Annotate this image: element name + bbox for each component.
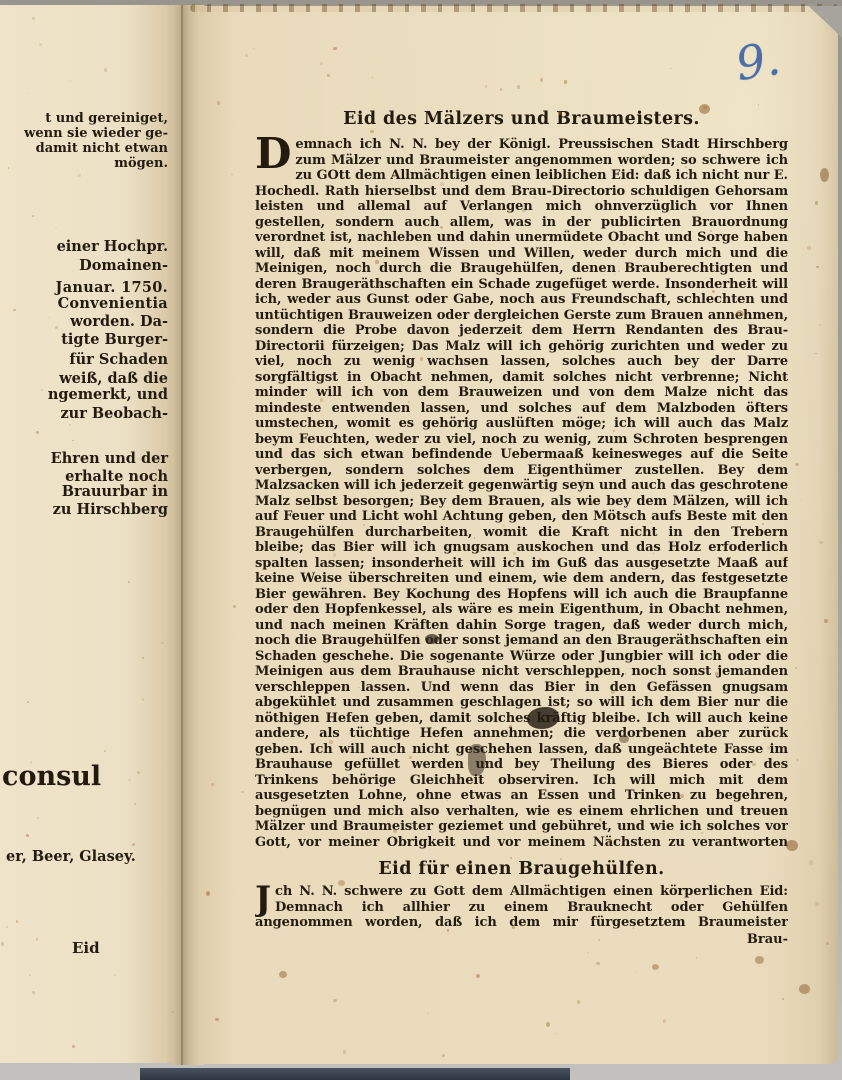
section-heading-maltster-oath: Eid des Mälzers und Braumeisters. — [255, 109, 788, 129]
fragment-line: worden. Da- — [0, 313, 168, 330]
catchword: Brau- — [747, 932, 788, 947]
fragment-line: mögen. — [0, 156, 168, 171]
fragment-line: Ehren und der — [0, 450, 168, 467]
fragment-line: ngemerkt, und — [0, 386, 168, 403]
previous-page-fragment: t und gereiniget, wenn sie wieder ge- da… — [0, 5, 180, 1063]
paragraph-text: emnach ich N. N. bey der Königl. Preussi… — [255, 137, 788, 851]
oath-paragraph-brewhand: Jch N. N. schwere zu Gott dem Allmächtig… — [255, 884, 788, 932]
fragment-line: tigte Burger- — [0, 331, 168, 348]
book-cover-edge — [140, 1068, 570, 1080]
fragment-line: Januar. 1750. — [0, 279, 168, 296]
main-page: 9. Eid des Mälzers und Braumeisters. Dem… — [198, 6, 838, 1064]
drop-cap-initial: J — [255, 884, 275, 913]
paragraph-text: ch N. N. schwere zu Gott dem Allmächtige… — [255, 884, 788, 932]
handwritten-page-number: 9. — [732, 31, 784, 91]
fragment-line: zu Hirschberg — [0, 501, 168, 518]
deckle-edge — [190, 4, 838, 12]
fragment-line: wenn sie wieder ge- — [0, 126, 168, 141]
fragment-line: Domainen- — [0, 257, 168, 274]
oath-paragraph-maltster: Demnach ich N. N. bey der Königl. Preuss… — [255, 137, 788, 851]
fragment-consul-text: consul — [2, 761, 101, 792]
fragment-catchword: Eid — [72, 939, 100, 957]
fragment-line: Brauurbar in — [0, 483, 168, 500]
section-heading-brewhand-oath: Eid für einen Braugehülfen. — [255, 859, 788, 879]
fragment-line: damit nicht etwan — [0, 141, 168, 156]
fragment-line: einer Hochpr. — [0, 238, 168, 255]
fragment-line: Convenientia — [0, 295, 168, 312]
fragment-line: zur Beobach- — [0, 405, 168, 422]
drop-cap-initial: D — [255, 137, 295, 169]
book-scan: t und gereiniget, wenn sie wieder ge- da… — [0, 0, 842, 1080]
fragment-line: t und gereiniget, — [0, 111, 168, 126]
fragment-line: weiß, daß die — [0, 370, 168, 387]
fragment-line: für Schaden — [0, 351, 168, 368]
fragment-names-line: er, Beer, Glasey. — [6, 848, 136, 865]
